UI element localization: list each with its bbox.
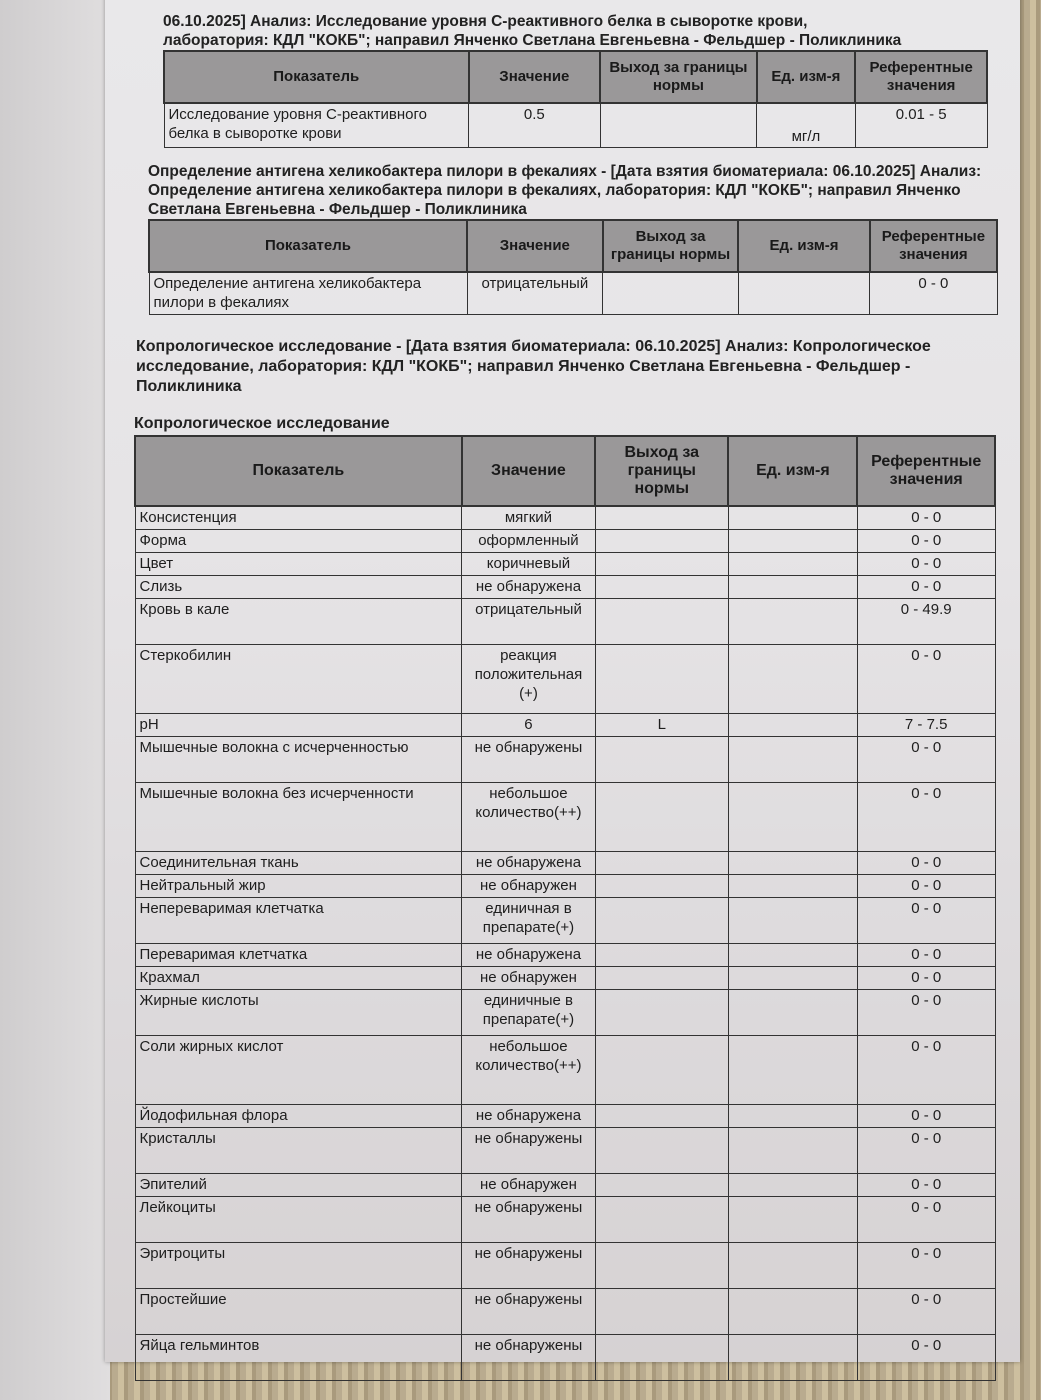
value-cell: отрицательный: [462, 598, 595, 644]
col-unit: Ед. изм-я: [757, 51, 856, 103]
value-cell: отрицательный: [467, 272, 603, 314]
section-crp: 06.10.2025] Анализ: Исследование уровня …: [163, 12, 988, 148]
reference-cell: 0 - 0: [857, 644, 995, 713]
indicator-cell: Нейтральный жир: [135, 874, 462, 897]
reference-cell: 0 - 0: [857, 989, 995, 1035]
out-of-range-cell: [595, 644, 728, 713]
table-header-row: Показатель Значение Выход за границы нор…: [135, 436, 995, 506]
coprology-table-title: Копрологическое исследование: [118, 415, 998, 433]
reference-cell: 0 - 0: [857, 1035, 995, 1104]
reference-cell: 0 - 0: [857, 851, 995, 874]
table-row: Формаоформленный0 - 0: [135, 529, 995, 552]
indicator-cell: Кристаллы: [135, 1127, 462, 1173]
col-out-of-range: Выход за границы нормы: [595, 436, 728, 506]
out-of-range-cell: L: [595, 713, 728, 736]
col-unit: Ед. изм-я: [738, 220, 869, 272]
indicator-cell: Стеркобилин: [135, 644, 462, 713]
table-header-row: Показатель Значение Выход за границы нор…: [149, 220, 997, 272]
indicator-cell: Эритроциты: [135, 1242, 462, 1288]
value-cell: 0.5: [469, 103, 601, 147]
reference-cell: 0 - 0: [857, 529, 995, 552]
reference-cell: 0 - 0: [857, 506, 995, 529]
table-row: Мышечные волокна без исчерченностинеболь…: [135, 782, 995, 851]
table-row: Эритроцитыне обнаружены0 - 0: [135, 1242, 995, 1288]
table-row: Кровь в калеотрицательный0 - 49.9: [135, 598, 995, 644]
value-cell: не обнаружены: [462, 1127, 595, 1173]
value-cell: не обнаружены: [462, 1288, 595, 1334]
unit-cell: [728, 1104, 857, 1127]
col-indicator: Показатель: [135, 436, 462, 506]
table-row: Соединительная тканьне обнаружена0 - 0: [135, 851, 995, 874]
table-row: Яйца гельминтовне обнаружены0 - 0: [135, 1334, 995, 1380]
unit-cell: [728, 782, 857, 851]
table-row: Кристаллыне обнаружены0 - 0: [135, 1127, 995, 1173]
reference-cell: 0 - 0: [857, 943, 995, 966]
value-cell: 6: [462, 713, 595, 736]
reference-cell: 0 - 0: [857, 1127, 995, 1173]
table-row: Переваримая клетчаткане обнаружена0 - 0: [135, 943, 995, 966]
col-out-of-range: Выход за границы нормы: [600, 51, 756, 103]
col-reference: Референтные значения: [855, 51, 987, 103]
value-cell: мягкий: [462, 506, 595, 529]
value-cell: небольшое количество(++): [462, 1035, 595, 1104]
out-of-range-cell: [595, 782, 728, 851]
unit-cell: [728, 989, 857, 1035]
unit-cell: [728, 1196, 857, 1242]
value-cell: не обнаружены: [462, 736, 595, 782]
indicator-cell: Эпителий: [135, 1173, 462, 1196]
unit-cell: [728, 1242, 857, 1288]
indicator-cell: Слизь: [135, 575, 462, 598]
table-row: Лейкоцитыне обнаружены0 - 0: [135, 1196, 995, 1242]
value-cell: не обнаружен: [462, 1173, 595, 1196]
unit-cell: [728, 897, 857, 943]
unit-cell: [728, 943, 857, 966]
unit-cell: [728, 851, 857, 874]
unit-cell: [728, 1035, 857, 1104]
indicator-cell: Мышечные волокна без исчерченности: [135, 782, 462, 851]
out-of-range-cell: [595, 851, 728, 874]
reference-cell: 0 - 0: [857, 874, 995, 897]
value-cell: коричневый: [462, 552, 595, 575]
value-cell: оформленный: [462, 529, 595, 552]
out-of-range-cell: [595, 943, 728, 966]
value-cell: не обнаружена: [462, 575, 595, 598]
value-cell: небольшое количество(++): [462, 782, 595, 851]
unit-cell: [728, 529, 857, 552]
reference-cell: 0 - 0: [857, 1242, 995, 1288]
indicator-cell: Кровь в кале: [135, 598, 462, 644]
value-cell: не обнаружены: [462, 1196, 595, 1242]
reference-cell: 0 - 0: [857, 736, 995, 782]
reference-cell: 7 - 7.5: [857, 713, 995, 736]
section-hpylori: Определение антигена хеликобактера пилор…: [148, 162, 998, 315]
indicator-cell: Форма: [135, 529, 462, 552]
section-crp-caption: 06.10.2025] Анализ: Исследование уровня …: [163, 12, 988, 50]
out-of-range-cell: [595, 989, 728, 1035]
reference-cell: 0 - 0: [857, 1288, 995, 1334]
out-of-range-cell: [595, 598, 728, 644]
table-row: Слизьне обнаружена0 - 0: [135, 575, 995, 598]
unit-cell: [728, 575, 857, 598]
coprology-table: Показатель Значение Выход за границы нор…: [134, 435, 996, 1381]
out-of-range-cell: [595, 736, 728, 782]
table-row: Соли жирных кислотнебольшое количество(+…: [135, 1035, 995, 1104]
col-value: Значение: [467, 220, 603, 272]
out-of-range-cell: [595, 1196, 728, 1242]
reference-cell: 0.01 - 5: [855, 103, 987, 147]
col-value: Значение: [469, 51, 601, 103]
unit-cell: [728, 506, 857, 529]
unit-cell: [728, 713, 857, 736]
table-row: Мышечные волокна с исчерченностьюне обна…: [135, 736, 995, 782]
out-of-range-cell: [595, 506, 728, 529]
indicator-cell: Соли жирных кислот: [135, 1035, 462, 1104]
table-row: Стеркобилинреакция положительная (+)0 - …: [135, 644, 995, 713]
unit-cell: [728, 1288, 857, 1334]
reference-cell: 0 - 0: [857, 897, 995, 943]
col-reference: Референтные значения: [870, 220, 997, 272]
out-of-range-cell: [595, 1173, 728, 1196]
adjacent-page: [0, 0, 110, 1400]
section-coprology-caption: Копрологическое исследование - [Дата взя…: [118, 337, 936, 397]
value-cell: не обнаружены: [462, 1334, 595, 1380]
unit-cell: [728, 966, 857, 989]
value-cell: не обнаружен: [462, 966, 595, 989]
table-row: Непереваримая клетчаткаединичная в препа…: [135, 897, 995, 943]
out-of-range-cell: [595, 1035, 728, 1104]
value-cell: единичная в препарате(+): [462, 897, 595, 943]
caption-line: лаборатория: КДЛ "КОКБ"; направил Янченк…: [163, 31, 988, 50]
hpylori-table: Показатель Значение Выход за границы нор…: [148, 219, 998, 315]
reference-cell: 0 - 0: [857, 575, 995, 598]
col-value: Значение: [462, 436, 595, 506]
indicator-cell: Непереваримая клетчатка: [135, 897, 462, 943]
value-cell: единичные в препарате(+): [462, 989, 595, 1035]
unit-cell: [738, 272, 869, 314]
indicator-cell: Цвет: [135, 552, 462, 575]
indicator-cell: Яйца гельминтов: [135, 1334, 462, 1380]
table-row: Простейшиене обнаружены0 - 0: [135, 1288, 995, 1334]
indicator-cell: Соединительная ткань: [135, 851, 462, 874]
indicator-cell: Исследование уровня С-реактивного белка …: [164, 103, 469, 147]
caption-line: 06.10.2025] Анализ: Исследование уровня …: [163, 12, 988, 31]
indicator-cell: Мышечные волокна с исчерченностью: [135, 736, 462, 782]
out-of-range-cell: [595, 529, 728, 552]
out-of-range-cell: [595, 874, 728, 897]
col-reference: Референтные значения: [857, 436, 995, 506]
reference-cell: 0 - 0: [857, 966, 995, 989]
col-indicator: Показатель: [149, 220, 467, 272]
table-row: pH6L7 - 7.5: [135, 713, 995, 736]
indicator-cell: pH: [135, 713, 462, 736]
unit-cell: [728, 552, 857, 575]
section-hpylori-caption: Определение антигена хеликобактера пилор…: [148, 162, 998, 219]
value-cell: не обнаружена: [462, 1104, 595, 1127]
unit-cell: [728, 1334, 857, 1380]
table-row: Консистенциямягкий0 - 0: [135, 506, 995, 529]
out-of-range-cell: [595, 966, 728, 989]
out-of-range-cell: [595, 1288, 728, 1334]
out-of-range-cell: [595, 897, 728, 943]
value-cell: не обнаружены: [462, 1242, 595, 1288]
out-of-range-cell: [595, 575, 728, 598]
out-of-range-cell: [595, 1334, 728, 1380]
indicator-cell: Крахмал: [135, 966, 462, 989]
reference-cell: 0 - 0: [857, 552, 995, 575]
table-row: Нейтральный жирне обнаружен0 - 0: [135, 874, 995, 897]
table-row: Цветкоричневый0 - 0: [135, 552, 995, 575]
section-coprology: Копрологическое исследование - [Дата взя…: [118, 337, 998, 1381]
indicator-cell: Лейкоциты: [135, 1196, 462, 1242]
unit-cell: [728, 1127, 857, 1173]
unit-cell: мг/л: [757, 103, 856, 147]
table-header-row: Показатель Значение Выход за границы нор…: [164, 51, 987, 103]
table-row: Эпителийне обнаружен0 - 0: [135, 1173, 995, 1196]
value-cell: не обнаружена: [462, 943, 595, 966]
table-row: Жирные кислотыединичные в препарате(+)0 …: [135, 989, 995, 1035]
table-row: Исследование уровня С-реактивного белка …: [164, 103, 987, 147]
reference-cell: 0 - 0: [857, 1104, 995, 1127]
unit-cell: [728, 1173, 857, 1196]
reference-cell: 0 - 49.9: [857, 598, 995, 644]
table-row: Йодофильная флоране обнаружена0 - 0: [135, 1104, 995, 1127]
out-of-range-cell: [595, 1242, 728, 1288]
reference-cell: 0 - 0: [857, 1334, 995, 1380]
table-row: Крахмалне обнаружен0 - 0: [135, 966, 995, 989]
indicator-cell: Простейшие: [135, 1288, 462, 1334]
crp-table: Показатель Значение Выход за границы нор…: [163, 50, 988, 148]
value-cell: реакция положительная (+): [462, 644, 595, 713]
unit-cell: [728, 874, 857, 897]
col-indicator: Показатель: [164, 51, 469, 103]
unit-cell: [728, 644, 857, 713]
out-of-range-cell: [595, 1104, 728, 1127]
indicator-cell: Определение антигена хеликобактера пилор…: [149, 272, 467, 314]
col-unit: Ед. изм-я: [728, 436, 857, 506]
value-cell: не обнаружена: [462, 851, 595, 874]
table-row: Определение антигена хеликобактера пилор…: [149, 272, 997, 314]
indicator-cell: Консистенция: [135, 506, 462, 529]
out-of-range-cell: [600, 103, 756, 147]
out-of-range-cell: [603, 272, 739, 314]
indicator-cell: Переваримая клетчатка: [135, 943, 462, 966]
value-cell: не обнаружен: [462, 874, 595, 897]
reference-cell: 0 - 0: [857, 1173, 995, 1196]
unit-cell: [728, 598, 857, 644]
reference-cell: 0 - 0: [857, 1196, 995, 1242]
reference-cell: 0 - 0: [870, 272, 997, 314]
reference-cell: 0 - 0: [857, 782, 995, 851]
col-out-of-range: Выход за границы нормы: [603, 220, 739, 272]
unit-cell: [728, 736, 857, 782]
out-of-range-cell: [595, 1127, 728, 1173]
indicator-cell: Жирные кислоты: [135, 989, 462, 1035]
indicator-cell: Йодофильная флора: [135, 1104, 462, 1127]
out-of-range-cell: [595, 552, 728, 575]
